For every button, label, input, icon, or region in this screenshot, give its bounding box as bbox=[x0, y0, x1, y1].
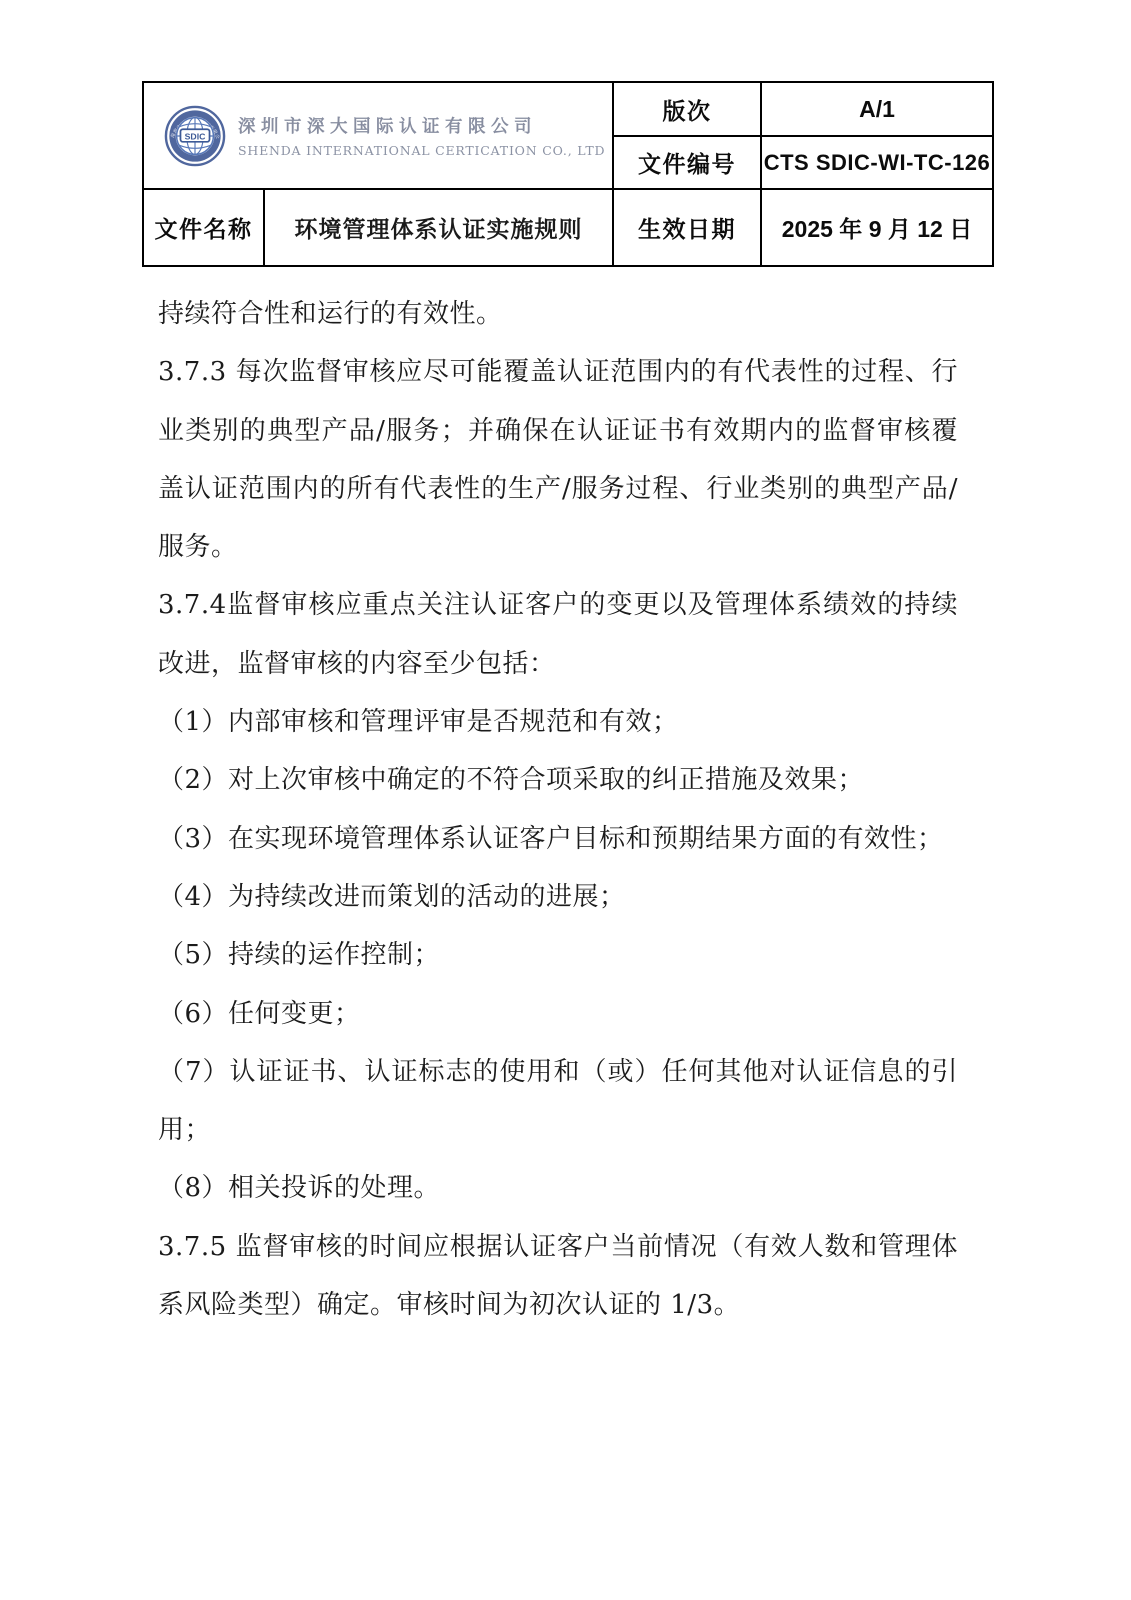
body-line: （2）对上次审核中确定的不符合项采取的纠正措施及效果； bbox=[158, 751, 958, 809]
body-line: 持续符合性和运行的有效性。 bbox=[158, 285, 958, 343]
body-line: 盖认证范围内的所有代表性的生产/服务过程、行业类别的典型产品/ bbox=[158, 460, 958, 518]
version-value-cell: A/1 bbox=[762, 83, 992, 137]
body-line: 业类别的典型产品/服务；并确保在认证证书有效期内的监督审核覆 bbox=[158, 402, 958, 460]
company-logo-cell: 深圳市深大国际认证有限公司 SDIC 深圳市深大国际认证有限公司 SHENDA … bbox=[144, 83, 614, 190]
body-line: （7）认证证书、认证标志的使用和（或）任何其他对认证信息的引 bbox=[158, 1043, 958, 1101]
body-line: （5）持续的运作控制； bbox=[158, 926, 958, 984]
body-line: （6）任何变更； bbox=[158, 985, 958, 1043]
body-line: 系风险类型）确定。审核时间为初次认证的 1/3。 bbox=[158, 1276, 958, 1334]
company-name-block: 深圳市深大国际认证有限公司 SHENDA INTERNATIONAL CERTI… bbox=[238, 113, 605, 158]
body-line: 用； bbox=[158, 1101, 958, 1159]
body-line: （8）相关投诉的处理。 bbox=[158, 1159, 958, 1217]
body-line: （4）为持续改进而策划的活动的进展； bbox=[158, 868, 958, 926]
body-line: 服务。 bbox=[158, 518, 958, 576]
body-line: 3.7.5 监督审核的时间应根据认证客户当前情况（有效人数和管理体 bbox=[158, 1218, 958, 1276]
body-line: 改进，监督审核的内容至少包括： bbox=[158, 635, 958, 693]
version-label-cell: 版次 bbox=[614, 83, 762, 137]
company-logo-globe-icon: 深圳市深大国际认证有限公司 SDIC bbox=[164, 105, 226, 167]
body-line: （1）内部审核和管理评审是否规范和有效； bbox=[158, 693, 958, 751]
body-line: （3）在实现环境管理体系认证客户目标和预期结果方面的有效性； bbox=[158, 810, 958, 868]
company-name-en: SHENDA INTERNATIONAL CERTICATION CO., LT… bbox=[238, 143, 605, 158]
doc-name-label-cell: 文件名称 bbox=[144, 190, 265, 265]
doc-name-value-cell: 环境管理体系认证实施规则 bbox=[265, 190, 614, 265]
doc-number-label-cell: 文件编号 bbox=[614, 137, 762, 190]
document-body: 持续符合性和运行的有效性。 3.7.3 每次监督审核应尽可能覆盖认证范围内的有代… bbox=[158, 285, 958, 1334]
body-line: 3.7.4监督审核应重点关注认证客户的变更以及管理体系绩效的持续 bbox=[158, 576, 958, 634]
document-header-table: 深圳市深大国际认证有限公司 SDIC 深圳市深大国际认证有限公司 SHENDA … bbox=[142, 81, 994, 267]
effective-date-label-cell: 生效日期 bbox=[614, 190, 762, 265]
body-line: 3.7.3 每次监督审核应尽可能覆盖认证范围内的有代表性的过程、行 bbox=[158, 343, 958, 401]
company-name-cn: 深圳市深大国际认证有限公司 bbox=[238, 113, 605, 138]
effective-date-value-cell: 2025 年 9 月 12 日 bbox=[762, 190, 992, 265]
logo-monogram-text: SDIC bbox=[185, 131, 207, 141]
document-page: 深圳市深大国际认证有限公司 SDIC 深圳市深大国际认证有限公司 SHENDA … bbox=[0, 0, 1131, 1600]
doc-number-value-cell: CTS SDIC-WI-TC-126 bbox=[762, 137, 992, 190]
